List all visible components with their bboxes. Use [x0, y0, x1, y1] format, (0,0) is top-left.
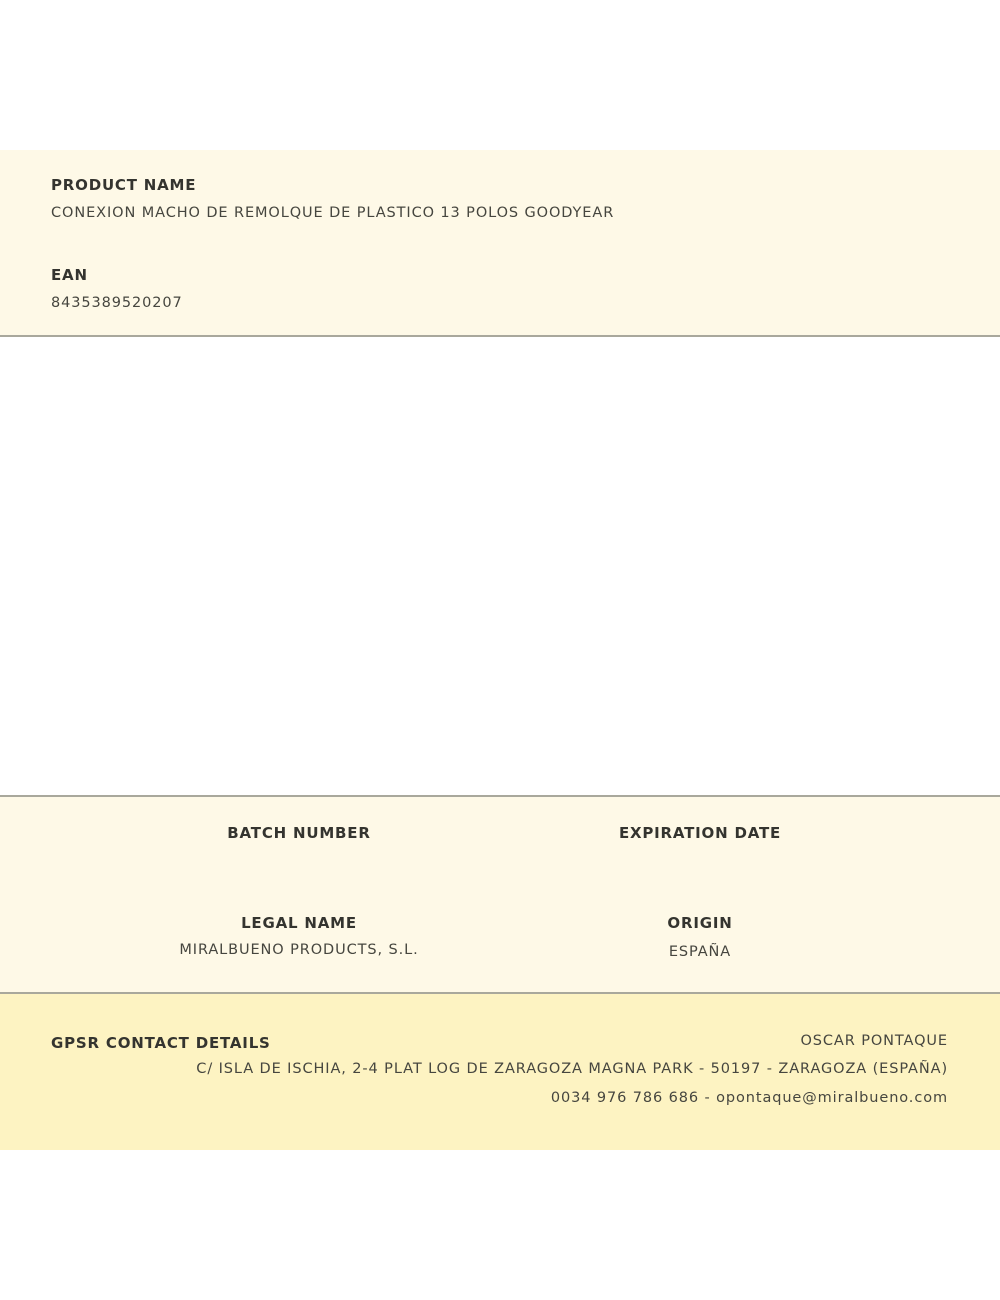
gpsr-contact-section: GPSR CONTACT DETAILS OSCAR PONTAQUE C/ I… — [0, 994, 1000, 1150]
legal-name-value: MIRALBUENO PRODUCTS, S.L. — [179, 942, 418, 958]
meta-section: BATCH NUMBER EXPIRATION DATE LEGAL NAME … — [0, 795, 1000, 994]
contact-phone-email: 0034 976 786 686 - opontaque@miralbueno.… — [551, 1090, 948, 1106]
gpsr-contact-label: GPSR CONTACT DETAILS — [51, 1034, 271, 1052]
legal-name-label: LEGAL NAME — [241, 914, 357, 932]
ean-value: 8435389520207 — [51, 295, 183, 311]
product-name-label: PRODUCT NAME — [51, 176, 196, 194]
origin-label: ORIGIN — [667, 914, 732, 932]
ean-label: EAN — [51, 266, 88, 284]
origin-value: ESPAÑA — [669, 944, 731, 960]
contact-address: C/ ISLA DE ISCHIA, 2-4 PLAT LOG DE ZARAG… — [196, 1061, 948, 1077]
batch-number-label: BATCH NUMBER — [227, 824, 370, 842]
expiration-date-label: EXPIRATION DATE — [619, 824, 781, 842]
contact-name: OSCAR PONTAQUE — [800, 1033, 948, 1049]
product-name-value: CONEXION MACHO DE REMOLQUE DE PLASTICO 1… — [51, 205, 614, 221]
product-section: PRODUCT NAME CONEXION MACHO DE REMOLQUE … — [0, 150, 1000, 337]
